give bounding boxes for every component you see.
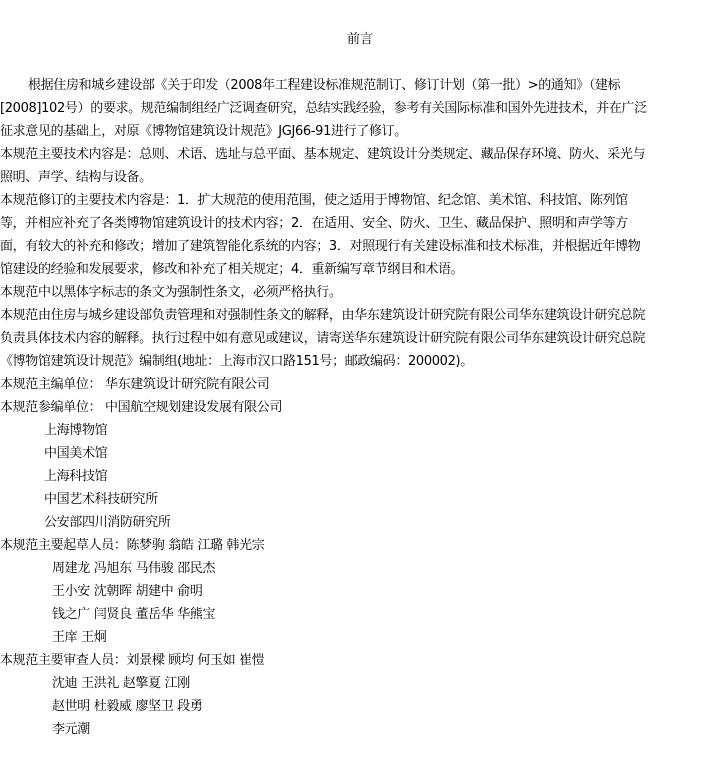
participating-unit: 公安部四川消防研究所 bbox=[0, 511, 720, 534]
reviewers: 本规范主要审查人员：刘景樑 顾均 何玉如 崔愷 沈迪 王洪礼 赵擎夏 江刚 赵世… bbox=[0, 649, 720, 741]
reviewers-names: 刘景樑 顾均 何玉如 崔愷 bbox=[127, 653, 265, 668]
drafters-first: 本规范主要起草人员：陈梦驹 翁皓 江璐 韩光宗 bbox=[0, 534, 720, 557]
drafters-names: 王庠 王炯 bbox=[0, 626, 720, 649]
reviewers-names: 赵世明 杜毅威 廖坚卫 段勇 bbox=[0, 695, 720, 718]
text-line: 根据住房和城乡建设部《关于印发（2008年工程建设标准规范制订、修订计划（第一批… bbox=[0, 74, 720, 97]
reviewers-first: 本规范主要审查人员：刘景樑 顾均 何玉如 崔愷 bbox=[0, 649, 720, 672]
paragraph-mandatory-clauses: 本规范中以黑体字标志的条文为强制性条文，必须严格执行。 bbox=[0, 281, 720, 304]
text-line: 《博物馆建筑设计规范》编制组(地址：上海市汉口路151号；邮政编码：200002… bbox=[0, 350, 720, 373]
document-page: 前言 根据住房和城乡建设部《关于印发（2008年工程建设标准规范制订、修订计划（… bbox=[0, 0, 720, 765]
participating-unit: 中国艺术科技研究所 bbox=[0, 488, 720, 511]
participating-unit: 中国美术馆 bbox=[0, 442, 720, 465]
text-line: 照明、声学、结构与设备。 bbox=[0, 166, 720, 189]
paragraph-main-technical-content: 本规范主要技术内容是：总则、术语、选址与总平面、基本规定、建筑设计分类规定、藏品… bbox=[0, 143, 720, 189]
text-line: 征求意见的基础上，对原《博物馆建筑设计规范》JGJ66-91进行了修订。 bbox=[0, 120, 720, 143]
reviewers-names: 沈迪 王洪礼 赵擎夏 江刚 bbox=[0, 672, 720, 695]
participating-unit: 上海科技馆 bbox=[0, 465, 720, 488]
chief-unit-label: 本规范主编单位： bbox=[0, 377, 101, 392]
text-line: 负责具体技术内容的解释。执行过程中如有意见或建议，请寄送华东建筑设计研究院有限公… bbox=[0, 327, 720, 350]
drafters-names: 陈梦驹 翁皓 江璐 韩光宗 bbox=[127, 538, 265, 553]
participating-units: 本规范参编单位： 中国航空规划建设发展有限公司 上海博物馆 中国美术馆 上海科技… bbox=[0, 396, 720, 534]
text-line: [2008]102号）的要求。规范编制组经广泛调查研究，总结实践经验，参考有关国… bbox=[0, 97, 720, 120]
drafters-names: 王小安 沈朝晖 胡建中 俞明 bbox=[0, 580, 720, 603]
drafters: 本规范主要起草人员：陈梦驹 翁皓 江璐 韩光宗 周建龙 冯旭东 马伟骏 邵民杰 … bbox=[0, 534, 720, 649]
text-line: 本规范由住房与城乡建设部负责管理和对强制性条文的解释，由华东建筑设计研究院有限公… bbox=[0, 304, 720, 327]
paragraph-management: 本规范由住房与城乡建设部负责管理和对强制性条文的解释，由华东建筑设计研究院有限公… bbox=[0, 304, 720, 373]
drafters-names: 钱之广 闫贤良 董岳华 华熊宝 bbox=[0, 603, 720, 626]
text-line: 面，有较大的补充和修改；增加了建筑智能化系统的内容；3．对照现行有关建设标准和技… bbox=[0, 235, 720, 258]
text-line: 本规范中以黑体字标志的条文为强制性条文，必须严格执行。 bbox=[0, 281, 720, 304]
drafters-label: 本规范主要起草人员： bbox=[0, 538, 127, 553]
paragraph-intro: 根据住房和城乡建设部《关于印发（2008年工程建设标准规范制订、修订计划（第一批… bbox=[0, 74, 720, 143]
reviewers-label: 本规范主要审查人员： bbox=[0, 653, 127, 668]
text-line: 等，并相应补充了各类博物馆建筑设计的技术内容；2．在适用、安全、防火、卫生、藏品… bbox=[0, 212, 720, 235]
text-line: 本规范修订的主要技术内容是：1．扩大规范的使用范围，使之适用于博物馆、纪念馆、美… bbox=[0, 189, 720, 212]
reviewers-names: 李元潮 bbox=[0, 718, 720, 741]
chief-unit-value: 华东建筑设计研究院有限公司 bbox=[105, 377, 269, 392]
text-line: 本规范主要技术内容是：总则、术语、选址与总平面、基本规定、建筑设计分类规定、藏品… bbox=[0, 143, 720, 166]
paragraph-revision-content: 本规范修订的主要技术内容是：1．扩大规范的使用范围，使之适用于博物馆、纪念馆、美… bbox=[0, 189, 720, 281]
document-body: 根据住房和城乡建设部《关于印发（2008年工程建设标准规范制订、修订计划（第一批… bbox=[0, 74, 720, 741]
page-title: 前言 bbox=[0, 31, 720, 49]
text-line: 馆建设的经验和发展要求，修改和补充了相关规定；4．重新编写章节纲目和术语。 bbox=[0, 258, 720, 281]
participating-unit: 上海博物馆 bbox=[0, 419, 720, 442]
participating-unit: 中国航空规划建设发展有限公司 bbox=[105, 400, 282, 415]
participating-units-first: 本规范参编单位： 中国航空规划建设发展有限公司 bbox=[0, 396, 720, 419]
participating-units-label: 本规范参编单位： bbox=[0, 400, 101, 415]
drafters-names: 周建龙 冯旭东 马伟骏 邵民杰 bbox=[0, 557, 720, 580]
chief-unit: 本规范主编单位： 华东建筑设计研究院有限公司 bbox=[0, 373, 720, 396]
